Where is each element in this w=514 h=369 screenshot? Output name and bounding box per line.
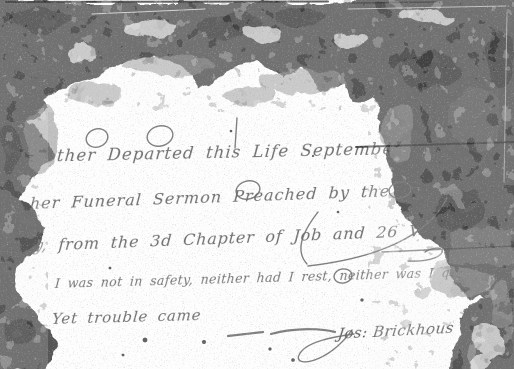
handwritten-line-5: Yet trouble came <box>51 306 202 328</box>
handwritten-line-2: her Funeral Sermon Preached by the Rever… <box>29 178 487 213</box>
pen-dash <box>271 329 335 334</box>
pen-dash <box>228 332 263 336</box>
scanned-manuscript-page: Mother Departed this Life September 25. … <box>0 0 514 369</box>
handwritten-line-1: Mother Departed this Life September 25. … <box>27 138 478 166</box>
signature: Jos: Brickhous <box>337 319 455 343</box>
crease-lines <box>6 2 514 253</box>
handwritten-line-3: Day, from the 3d Chapter of Job and 26 V… <box>9 220 458 256</box>
handwritten-line-4-scripture: I was not in safety, neither had I rest,… <box>54 264 476 291</box>
pen-swash <box>408 248 442 261</box>
